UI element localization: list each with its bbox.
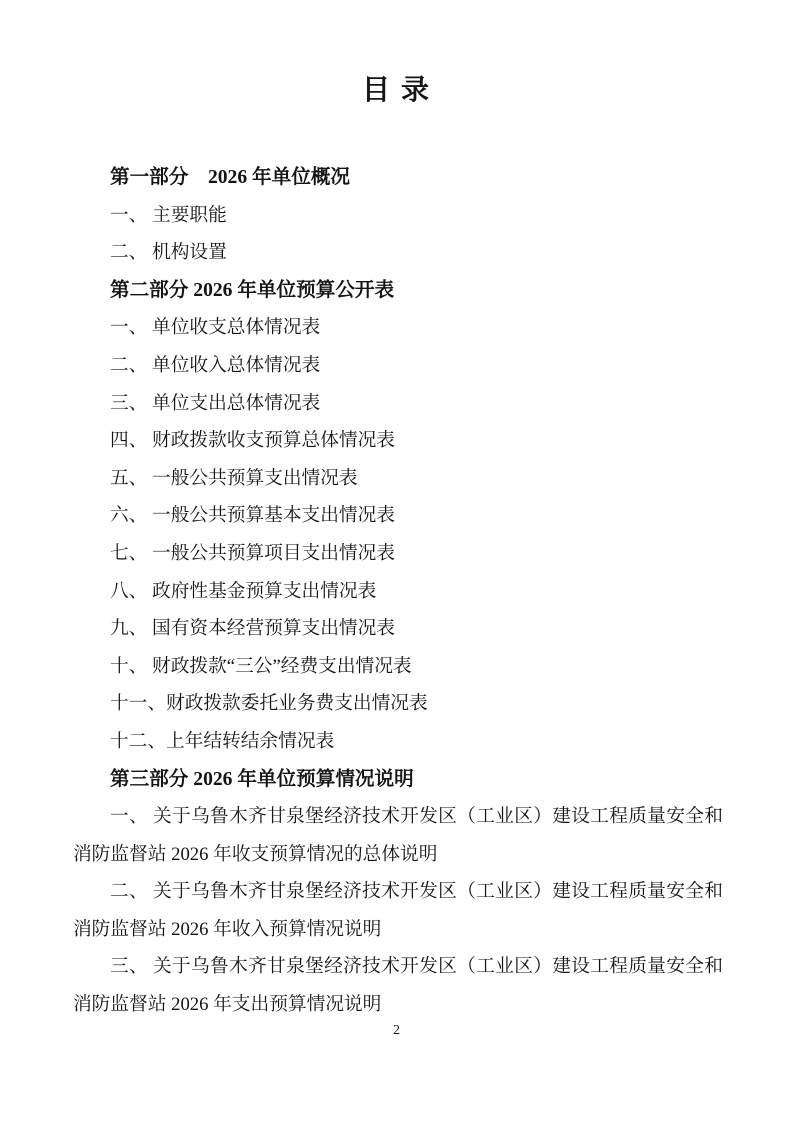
section-1-heading: 第一部分 2026 年单位概况: [73, 159, 723, 197]
toc-content: 第一部分 2026 年单位概况 一、 主要职能 二、 机构设置 第二部分 202…: [73, 159, 723, 1024]
toc-item: 一、 主要职能: [73, 197, 723, 235]
toc-item: 十一、财政拨款委托业务费支出情况表: [73, 685, 723, 723]
page-title: 目 录: [0, 74, 793, 108]
toc-item: 六、 一般公共预算基本支出情况表: [73, 497, 723, 535]
toc-item: 五、 一般公共预算支出情况表: [73, 460, 723, 498]
toc-item: 十、 财政拨款“三公”经费支出情况表: [73, 648, 723, 686]
toc-item: 九、 国有资本经营预算支出情况表: [73, 610, 723, 648]
toc-item: 八、 政府性基金预算支出情况表: [73, 573, 723, 611]
section-3-heading: 第三部分 2026 年单位预算情况说明: [73, 761, 723, 799]
toc-paragraph: 三、 关于乌鲁木齐甘泉堡经济技术开发区（工业区）建设工程质量安全和消防监督站 2…: [73, 948, 723, 1023]
document-page: 目 录 第一部分 2026 年单位概况 一、 主要职能 二、 机构设置 第二部分…: [0, 0, 793, 1122]
toc-item: 二、 单位收入总体情况表: [73, 347, 723, 385]
page-number: 2: [0, 1021, 793, 1041]
toc-item: 二、 机构设置: [73, 234, 723, 272]
toc-item: 三、 单位支出总体情况表: [73, 385, 723, 423]
toc-item: 四、 财政拨款收支预算总体情况表: [73, 422, 723, 460]
toc-item: 十二、上年结转结余情况表: [73, 723, 723, 761]
toc-paragraph: 一、 关于乌鲁木齐甘泉堡经济技术开发区（工业区）建设工程质量安全和消防监督站 2…: [73, 798, 723, 873]
toc-item: 一、 单位收支总体情况表: [73, 309, 723, 347]
toc-paragraph: 二、 关于乌鲁木齐甘泉堡经济技术开发区（工业区）建设工程质量安全和消防监督站 2…: [73, 873, 723, 948]
section-2-heading: 第二部分 2026 年单位预算公开表: [73, 272, 723, 310]
toc-item: 七、 一般公共预算项目支出情况表: [73, 535, 723, 573]
